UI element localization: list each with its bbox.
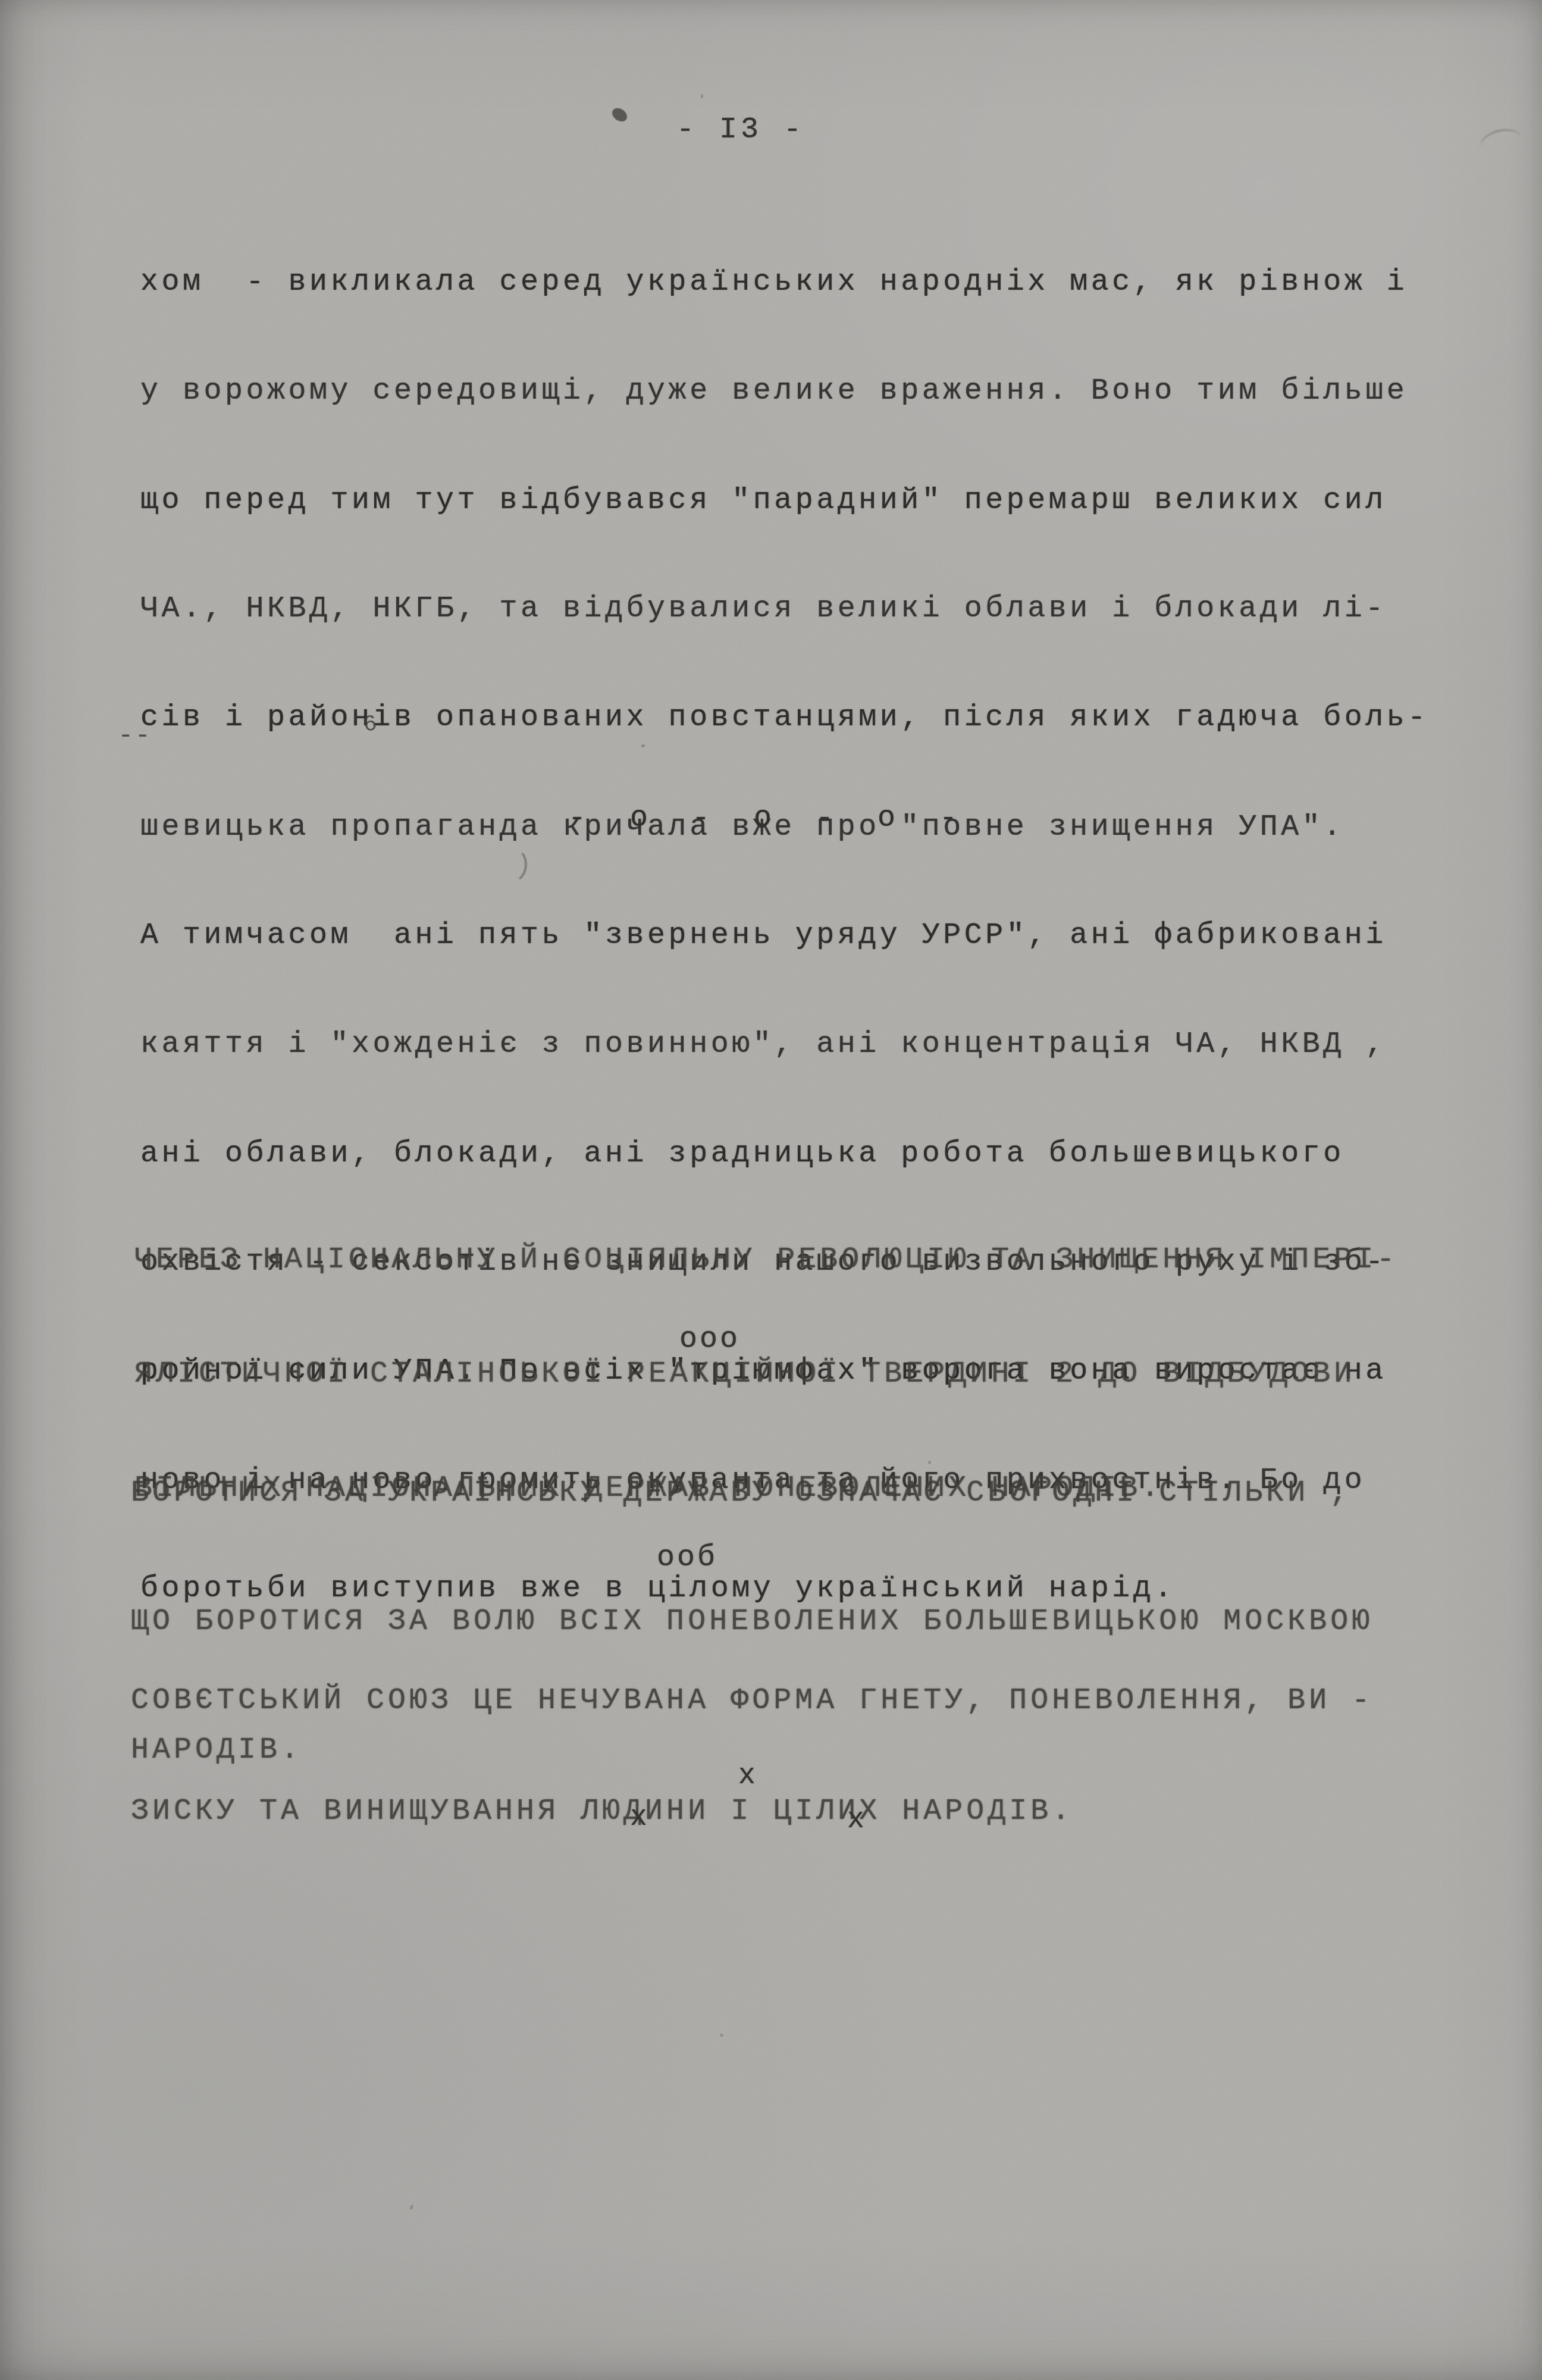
body-line: А тимчасом ані пять "звернень уряду УРСР… xyxy=(140,917,1485,954)
body-line: що перед тим тут відбувався "парадний" п… xyxy=(140,483,1485,519)
x-mark-left: х xyxy=(630,1802,647,1834)
body-line: каяття і "хожденіє з повинною", ані конц… xyxy=(140,1026,1485,1063)
slogan-line: СОВЄТСЬКИЙ СОЮЗ ЦЕ НЕЧУВАНА ФОРМА ГНЕТУ,… xyxy=(131,1683,1373,1720)
slogan-line: БОРОТИСЯ ЗА УКРАЇНСЬКУ ДЕРЖАВУ ОЗНАЧАЄ С… xyxy=(131,1472,1373,1515)
pencil-dash-mark: -- xyxy=(118,721,152,751)
section-divider: - о - о - о - xyxy=(0,801,1538,835)
paper-speck xyxy=(410,2204,414,2210)
body-line: сів і районів опанованих повстанцями, пі… xyxy=(140,700,1485,736)
body-line: хом - викликала серед українських народн… xyxy=(140,264,1485,300)
slogan-paragraph-3: СОВЄТСЬКИЙ СОЮЗ ЦЕ НЕЧУВАНА ФОРМА ГНЕТУ,… xyxy=(131,1609,1373,1904)
paper-speck xyxy=(641,744,645,747)
slogan-line: ЧЕРЕЗ НАЦІОНАЛЬНУ Й СОЦІЯЛЬНУ РЕВОЛЮЦІЮ … xyxy=(134,1241,1398,1279)
slogan-divider-1: ооо xyxy=(0,1323,1419,1357)
x-mark-top: х xyxy=(738,1760,756,1792)
slogan-line: ЗИСКУ ТА ВИНИЩУВАННЯ ЛЮДИНИ І ЦІЛИХ НАРО… xyxy=(131,1793,1373,1830)
stray-curl-mark: ) xyxy=(513,850,533,883)
paper-speck xyxy=(720,2034,723,2037)
body-line: у ворожому середовищі, дуже велике враже… xyxy=(140,373,1485,409)
margin-squiggle-mark: ’6 xyxy=(348,711,378,740)
body-line: ЧА., НКВД, НКГБ, та відбувалися великі о… xyxy=(140,591,1485,627)
paper-speck xyxy=(701,94,703,98)
page-number: - I3 - xyxy=(0,113,1481,147)
faint-scratch-mark xyxy=(1478,125,1524,160)
scanned-document-page: - I3 - хом - викликала серед українських… xyxy=(0,0,1542,2380)
paper-speck xyxy=(385,286,388,289)
slogan-divider-2: ооб xyxy=(0,1541,1374,1575)
paper-speck xyxy=(928,1461,931,1464)
x-mark-right: х xyxy=(847,1804,864,1836)
